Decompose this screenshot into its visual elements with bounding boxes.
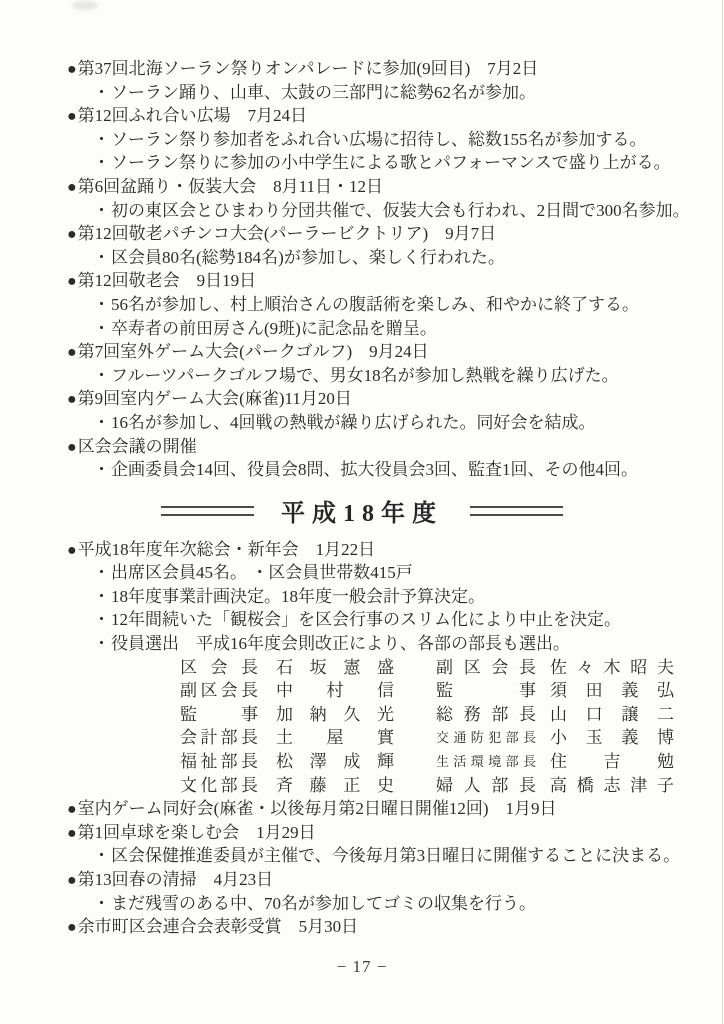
detail-line: ・ソーラン祭りに参加の小中学生による歌とパフォーマンスで盛り上がる。 (0, 151, 724, 175)
officer-name: 住吉勉 (550, 750, 674, 774)
officer-row: 会計部長土屋實交通防犯部長小玉義博 (180, 726, 724, 750)
officer-post: 副区会長 (180, 679, 258, 703)
detail-line: ・12年間続いた「観桜会」を区会行事のスリム化により中止を決定。 (0, 608, 724, 632)
event-bullet-icon: ● (67, 391, 77, 408)
officer-row: 文化部長斉藤正史婦人部長高橋志津子 (180, 774, 724, 798)
officer-name: 高橋志津子 (550, 774, 674, 798)
event-bullet-icon: ● (67, 825, 77, 842)
detail-line: ・区会員80名(総勢184名)が参加し、楽しく行われた。 (0, 246, 724, 270)
officer-row: 副区会長中村信監事須田義弘 (180, 679, 724, 703)
detail-line: ・ソーラン踊り、山車、太鼓の三部門に総勢62名が参加。 (0, 81, 724, 105)
line-text: 企画委員会14回、役員会8問、拡大役員会3回、監査1回、その他4回。 (111, 460, 638, 479)
detail-bullet-icon: ・ (93, 894, 110, 913)
officer-name: 石坂憲盛 (276, 656, 394, 680)
page-content: ●第37回北海ソーラン祭りオンパレードに参加(9回目) 7月2日・ソーラン踊り、… (0, 57, 724, 939)
line-text: 第7回室外ゲーム大会(パークゴルフ) 9月24日 (78, 342, 429, 361)
officer-post: 福祉部長 (180, 750, 258, 774)
section-heading-text: 平成18年度 (281, 493, 443, 528)
event-line: ●室内ゲーム同好会(麻雀・以後毎月第2日曜日開催12回) 1月9日 (0, 797, 724, 821)
detail-line: ・ソーラン祭り参加者をふれ合い広場に招待し、総数155名が参加する。 (0, 128, 724, 152)
detail-line: ・56名が参加し、村上順治さんの腹話術を楽しみ、和やかに終了する。 (0, 293, 724, 317)
officer-post: 副区会長 (436, 656, 536, 680)
event-bullet-icon: ● (67, 108, 77, 125)
line-text: 第9回室内ゲーム大会(麻雀)11月20日 (78, 389, 352, 408)
scan-artifact (72, 1, 98, 10)
section-heisei18-events-top: ●平成18年度年次総会・新年会 1月22日・出席区会員45名。 ・区会員世帯数4… (0, 538, 724, 656)
detail-bullet-icon: ・ (93, 610, 110, 629)
section-heisei17-events: ●第37回北海ソーラン祭りオンパレードに参加(9回目) 7月2日・ソーラン踊り、… (0, 57, 724, 482)
officer-name: 加納久光 (276, 703, 394, 727)
officer-name: 佐々木昭夫 (550, 656, 674, 680)
officer-name: 松澤成輝 (276, 750, 394, 774)
officer-row: 監事加納久光総務部長山口譲二 (180, 703, 724, 727)
line-text: 16名が参加し、4回戦の熱戦が繰り広げられた。同好会を結成。 (111, 413, 596, 432)
detail-bullet-icon: ・ (93, 634, 110, 653)
officer-name: 斉藤正史 (276, 774, 394, 798)
officer-row: 福祉部長松澤成輝生活環境部長住吉勉 (180, 750, 724, 774)
line-text: ソーラン祭り参加者をふれ合い広場に招待し、総数155名が参加する。 (111, 130, 647, 149)
officer-name: 山口譲二 (550, 703, 674, 727)
event-line: ●第1回卓球を楽しむ会 1月29日 (0, 821, 724, 845)
detail-bullet-icon: ・ (93, 587, 110, 606)
line-text: まだ残雪のある中、70名が参加してゴミの収集を行う。 (111, 894, 536, 913)
line-text: 室内ゲーム同好会(麻雀・以後毎月第2日曜日開催12回) 1月9日 (78, 799, 557, 818)
officer-name: 小玉義博 (550, 726, 674, 750)
event-bullet-icon: ● (67, 542, 77, 559)
section-heading: 平成18年度 (0, 494, 724, 528)
event-line: ●第13回春の清掃 4月23日 (0, 868, 724, 892)
detail-line: ・区会保健推進委員が主催で、今後毎月第3日曜日に開催することに決まる。 (0, 844, 724, 868)
detail-bullet-icon: ・ (93, 83, 110, 102)
line-text: 第12回敬老パチンコ大会(パーラービクトリア) 9月7日 (78, 224, 496, 243)
detail-bullet-icon: ・ (93, 130, 110, 149)
detail-bullet-icon: ・ (93, 153, 110, 172)
event-line: ●余市町区会連合会表彰受賞 5月30日 (0, 915, 724, 939)
line-text: 12年間続いた「観桜会」を区会行事のスリム化により中止を決定。 (111, 610, 621, 629)
event-line: ●第12回敬老会 9日19日 (0, 269, 724, 293)
page-number: − 17 − (0, 957, 724, 977)
line-text: ソーラン祭りに参加の小中学生による歌とパフォーマンスで盛り上がる。 (111, 153, 671, 172)
line-text: 平成18年度年次総会・新年会 1月22日 (78, 540, 376, 559)
double-rule-left (161, 506, 254, 516)
line-text: 56名が参加し、村上順治さんの腹話術を楽しみ、和やかに終了する。 (111, 295, 639, 314)
event-line: ●第12回ふれ合い広場 7月24日 (0, 104, 724, 128)
officer-post: 監事 (436, 679, 536, 703)
line-text: 第6回盆踊り・仮装大会 8月11日・12日 (78, 177, 383, 196)
event-line: ●第37回北海ソーラン祭りオンパレードに参加(9回目) 7月2日 (0, 57, 724, 81)
event-line: ●第6回盆踊り・仮装大会 8月11日・12日 (0, 175, 724, 199)
line-text: 第12回ふれ合い広場 7月24日 (78, 106, 308, 125)
officer-post: 文化部長 (180, 774, 258, 798)
detail-bullet-icon: ・ (93, 366, 110, 385)
officer-post: 会計部長 (180, 726, 258, 750)
line-text: 第13回春の清掃 4月23日 (78, 870, 274, 889)
officer-post: 生活環境部長 (436, 750, 536, 774)
detail-bullet-icon: ・ (93, 201, 110, 220)
line-text: フルーツパークゴルフ場で、男女18名が参加し熱戦を繰り広げた。 (111, 366, 619, 385)
officer-post: 区会長 (180, 656, 258, 680)
detail-line: ・初の東区会とひまわり分団共催で、仮装大会も行われ、2日間で300名参加。 (0, 199, 724, 223)
event-line: ●平成18年度年次総会・新年会 1月22日 (0, 538, 724, 562)
line-text: 第37回北海ソーラン祭りオンパレードに参加(9回目) 7月2日 (78, 59, 539, 78)
line-text: ソーラン踊り、山車、太鼓の三部門に総勢62名が参加。 (111, 83, 536, 102)
document-page: ●第37回北海ソーラン祭りオンパレードに参加(9回目) 7月2日・ソーラン踊り、… (0, 0, 724, 1024)
line-text: 役員選出 平成16年度会則改正により、各部の部長も選出。 (111, 634, 570, 653)
line-text: 区会保健推進委員が主催で、今後毎月第3日曜日に開催することに決まる。 (111, 846, 680, 865)
detail-line: ・フルーツパークゴルフ場で、男女18名が参加し熱戦を繰り広げた。 (0, 364, 724, 388)
event-bullet-icon: ● (67, 61, 77, 78)
officer-table: 区会長石坂憲盛副区会長佐々木昭夫副区会長中村信監事須田義弘監事加納久光総務部長山… (0, 656, 724, 798)
detail-bullet-icon: ・ (93, 460, 110, 479)
detail-line: ・企画委員会14回、役員会8問、拡大役員会3回、監査1回、その他4回。 (0, 458, 724, 482)
event-bullet-icon: ● (67, 801, 77, 818)
detail-bullet-icon: ・ (93, 295, 110, 314)
officer-name: 中村信 (276, 679, 394, 703)
officer-name: 須田義弘 (550, 679, 674, 703)
detail-bullet-icon: ・ (93, 248, 110, 267)
event-bullet-icon: ● (67, 872, 77, 889)
officer-post: 婦人部長 (436, 774, 536, 798)
officer-name: 土屋實 (276, 726, 394, 750)
line-text: 第12回敬老会 9日19日 (78, 271, 257, 290)
detail-line: ・卒寿者の前田房さん(9班)に記念品を贈呈。 (0, 317, 724, 341)
event-bullet-icon: ● (67, 226, 77, 243)
event-bullet-icon: ● (67, 179, 77, 196)
detail-bullet-icon: ・ (93, 846, 110, 865)
line-text: 区会員80名(総勢184名)が参加し、楽しく行われた。 (111, 248, 505, 267)
officer-post: 監事 (180, 703, 258, 727)
line-text: 18年度事業計画決定。18年度一般会計予算決定。 (111, 587, 485, 606)
line-text: 余市町区会連合会表彰受賞 5月30日 (78, 917, 359, 936)
detail-line: ・18年度事業計画決定。18年度一般会計予算決定。 (0, 585, 724, 609)
event-line: ●第7回室外ゲーム大会(パークゴルフ) 9月24日 (0, 340, 724, 364)
event-bullet-icon: ● (67, 919, 77, 936)
detail-bullet-icon: ・ (93, 413, 110, 432)
line-text: 区会会議の開催 (78, 437, 197, 456)
event-line: ●区会会議の開催 (0, 435, 724, 459)
event-bullet-icon: ● (67, 439, 77, 456)
detail-bullet-icon: ・ (93, 319, 110, 338)
officer-row: 区会長石坂憲盛副区会長佐々木昭夫 (180, 656, 724, 680)
event-bullet-icon: ● (67, 273, 77, 290)
line-text: 初の東区会とひまわり分団共催で、仮装大会も行われ、2日間で300名参加。 (111, 201, 690, 220)
officer-post: 総務部長 (436, 703, 536, 727)
detail-line: ・役員選出 平成16年度会則改正により、各部の部長も選出。 (0, 632, 724, 656)
detail-line: ・出席区会員45名。 ・区会員世帯数415戸 (0, 561, 724, 585)
detail-bullet-icon: ・ (93, 563, 110, 582)
event-line: ●第12回敬老パチンコ大会(パーラービクトリア) 9月7日 (0, 222, 724, 246)
event-bullet-icon: ● (67, 344, 77, 361)
line-text: 出席区会員45名。 ・区会員世帯数415戸 (111, 563, 413, 582)
event-line: ●第9回室内ゲーム大会(麻雀)11月20日 (0, 387, 724, 411)
officer-post: 交通防犯部長 (436, 726, 536, 750)
detail-line: ・16名が参加し、4回戦の熱戦が繰り広げられた。同好会を結成。 (0, 411, 724, 435)
double-rule-right (470, 506, 563, 516)
detail-line: ・まだ残雪のある中、70名が参加してゴミの収集を行う。 (0, 892, 724, 916)
line-text: 第1回卓球を楽しむ会 1月29日 (78, 823, 316, 842)
section-heisei18-events-bottom: ●室内ゲーム同好会(麻雀・以後毎月第2日曜日開催12回) 1月9日●第1回卓球を… (0, 797, 724, 939)
line-text: 卒寿者の前田房さん(9班)に記念品を贈呈。 (111, 319, 437, 338)
